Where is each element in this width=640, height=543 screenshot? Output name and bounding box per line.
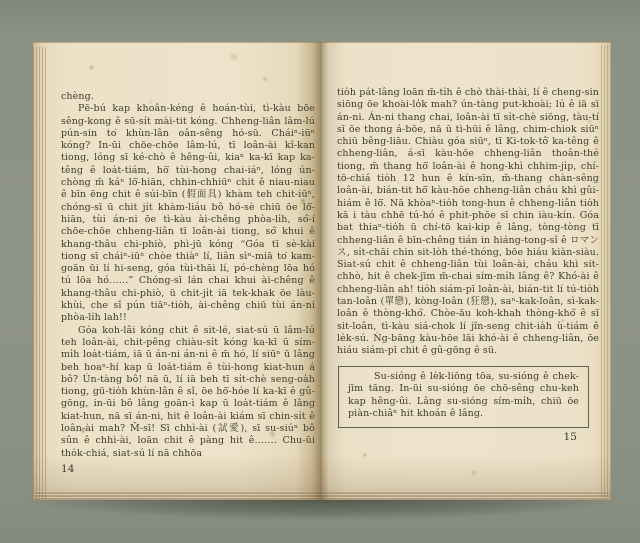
right-page: tio̍h pa̍t-lâng loān m̄-ti̍h ê chò thài-… (322, 42, 611, 500)
open-book: chèng. Pē-bú kap khoân-kéng ê hoán-tùi, … (33, 42, 611, 500)
left-page: chèng. Pē-bú kap khoân-kéng ê hoán-tùi, … (33, 42, 322, 500)
page-stack-edge-bottom (35, 491, 607, 500)
paragraph: Góa koh-lâi kóng chit ê sit-lé, siat-sú … (61, 325, 315, 460)
right-page-text: tio̍h pa̍t-lâng loān m̄-ti̍h ê chò thài-… (337, 87, 599, 443)
callout-box: Su-sióng ê le̍k-liōng tōa, su-sióng ê ch… (338, 366, 589, 428)
paragraph: Pē-bú kap khoân-kéng ê hoán-tùi, tì-kàu … (61, 103, 315, 324)
page-number-left: 14 (61, 463, 315, 475)
left-page-text: chèng. Pē-bú kap khoân-kéng ê hoán-tùi, … (61, 91, 315, 475)
page-stack-edge-right (599, 45, 611, 497)
callout-box-text: Su-sióng ê le̍k-liōng tōa, su-sióng ê ch… (348, 371, 579, 421)
photo-of-open-book: chèng. Pē-bú kap khoân-kéng ê hoán-tùi, … (0, 0, 640, 543)
page-number-right: 15 (337, 431, 577, 443)
paragraph: chèng. (61, 91, 315, 103)
page-stack-edge-left (33, 47, 46, 499)
paragraph: tio̍h pa̍t-lâng loān m̄-ti̍h ê chò thài-… (337, 87, 599, 358)
